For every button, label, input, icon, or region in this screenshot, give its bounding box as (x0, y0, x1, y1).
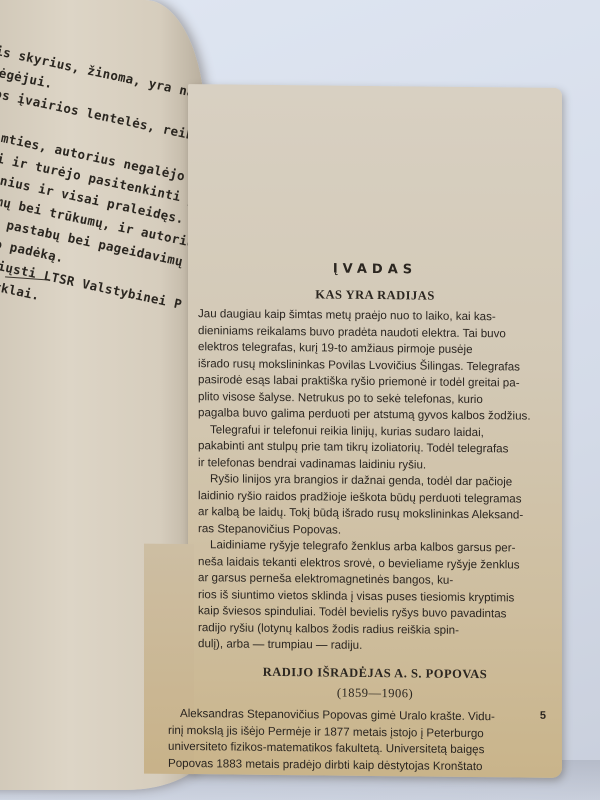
section-heading: RADIJO IŠRADĖJAS A. S. POPOVAS (188, 664, 562, 683)
right-page: ĮVADAS KAS YRA RADIJAS Jau daugiau kaip … (188, 84, 562, 778)
chapter-title: ĮVADAS (188, 260, 562, 279)
page-number: 5 (540, 710, 546, 722)
left-page-text: is skyrius, žinoma, yra naudingas mėgėju… (0, 40, 205, 334)
text-line: dulį), arba — trumpiau — radiju. (198, 636, 563, 656)
paragraph: Aleksandras Stepanovičius Popovas gimė U… (168, 706, 533, 776)
text-line: Popovas 1883 metais pradėjo dirbti kaip … (168, 755, 533, 775)
section-heading: KAS YRA RADIJAS (188, 286, 562, 305)
section-dates: (1859—1906) (188, 684, 562, 703)
paragraph: Jau daugiau kaip šimtas metų praėjo nuo … (198, 306, 563, 656)
